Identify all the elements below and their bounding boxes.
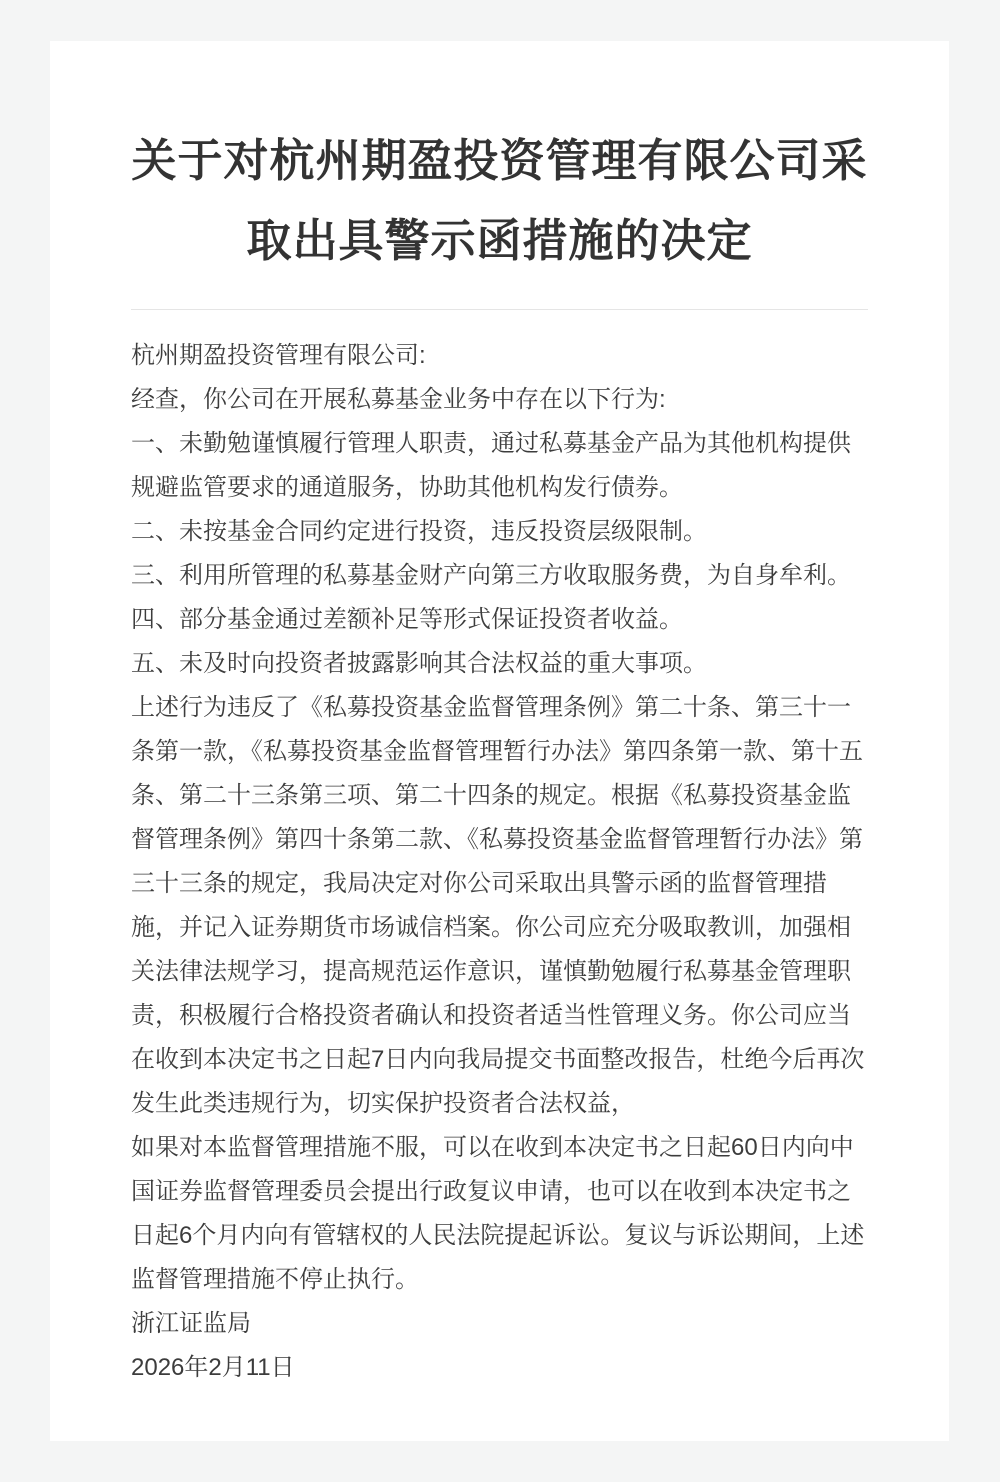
document-paragraph: 五、未及时向投资者披露影响其合法权益的重大事项。 [131, 642, 868, 686]
document-paragraph: 上述行为违反了《私募投资基金监督管理条例》第二十条、第三十一条第一款，《私募投资… [131, 686, 868, 1126]
issuer-line: 浙江证监局 [131, 1302, 868, 1346]
date-line: 2026年2月11日 [131, 1346, 868, 1390]
document-paragraph: 经查，你公司在开展私募基金业务中存在以下行为: [131, 378, 868, 422]
document-paragraph: 四、部分基金通过差额补足等形式保证投资者收益。 [131, 598, 868, 642]
title-divider [131, 309, 868, 310]
signature-block: 浙江证监局 2026年2月11日 [131, 1302, 868, 1390]
document-paragraph: 二、未按基金合同约定进行投资，违反投资层级限制。 [131, 510, 868, 554]
document-paragraph: 如果对本监督管理措施不服，可以在收到本决定书之日起60日内向中国证券监督管理委员… [131, 1126, 868, 1302]
document-title: 关于对杭州期盈投资管理有限公司采取出具警示函措施的决定 [131, 121, 868, 281]
document-paragraph: 三、利用所管理的私募基金财产向第三方收取服务费，为自身牟利。 [131, 554, 868, 598]
document-paragraph: 杭州期盈投资管理有限公司: [131, 334, 868, 378]
document-card: 关于对杭州期盈投资管理有限公司采取出具警示函措施的决定 杭州期盈投资管理有限公司… [50, 41, 949, 1441]
document-body: 杭州期盈投资管理有限公司:经查，你公司在开展私募基金业务中存在以下行为:一、未勤… [131, 334, 868, 1302]
document-paragraph: 一、未勤勉谨慎履行管理人职责，通过私募基金产品为其他机构提供规避监管要求的通道服… [131, 422, 868, 510]
